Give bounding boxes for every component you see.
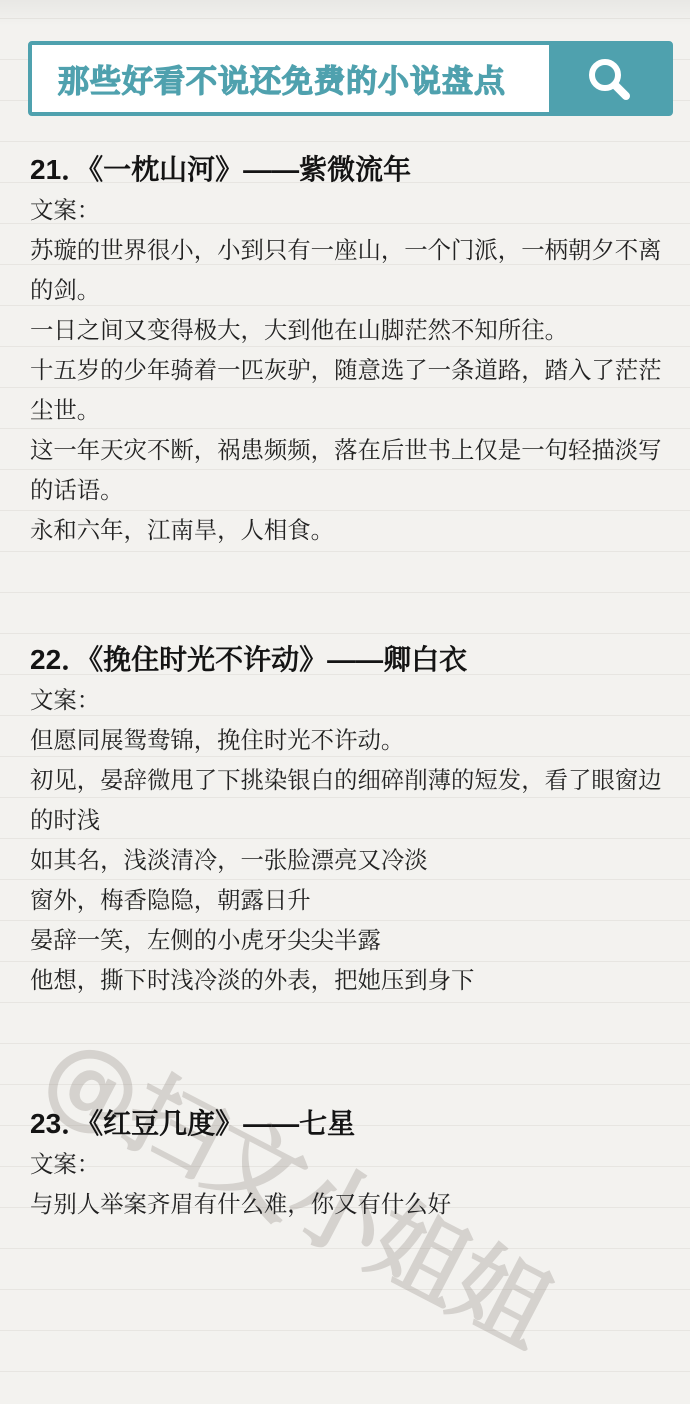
copy-label: 文案：: [30, 680, 666, 720]
book-entry: 23．《红豆几度》——七星 文案： 与别人举案齐眉有什么难，你又有什么好: [30, 1104, 666, 1224]
paragraph: 苏璇的世界很小，小到只有一座山，一个门派，一柄朝夕不离的剑。: [30, 230, 666, 310]
paragraph: 一日之间又变得极大，大到他在山脚茫然不知所往。: [30, 310, 666, 350]
paragraph: 窗外，梅香隐隐，朝露日升: [30, 880, 666, 920]
paragraph: 初见，晏辞微甩了下挑染银白的细碎削薄的短发，看了眼窗边的时浅: [30, 760, 666, 840]
book-entry: 21．《一枕山河》——紫微流年 文案： 苏璇的世界很小，小到只有一座山，一个门派…: [30, 150, 666, 550]
novel-list-page: 那些好看不说还免费的小说盘点 @扫文小姐姐 21．《一枕山河》——紫微流年 文案…: [0, 0, 690, 1404]
paragraph: 如其名，浅淡清冷，一张脸漂亮又冷淡: [30, 840, 666, 880]
section-title: 23．《红豆几度》——七星: [30, 1104, 666, 1144]
paragraph: 永和六年，江南旱，人相食。: [30, 510, 666, 550]
paragraph: 与别人举案齐眉有什么难，你又有什么好: [30, 1184, 666, 1224]
section-title: 21．《一枕山河》——紫微流年: [30, 150, 666, 190]
paragraph: 他想，撕下时浅冷淡的外表，把她压到身下: [30, 960, 666, 1000]
content: 21．《一枕山河》——紫微流年 文案： 苏璇的世界很小，小到只有一座山，一个门派…: [0, 0, 690, 1404]
paragraph: 这一年天灾不断，祸患频频，落在后世书上仅是一句轻描淡写的话语。: [30, 430, 666, 510]
section-title: 22．《挽住时光不许动》——卿白衣: [30, 640, 666, 680]
paragraph: 十五岁的少年骑着一匹灰驴，随意选了一条道路，踏入了茫茫尘世。: [30, 350, 666, 430]
copy-label: 文案：: [30, 190, 666, 230]
paragraph: 晏辞一笑，左侧的小虎牙尖尖半露: [30, 920, 666, 960]
copy-label: 文案：: [30, 1144, 666, 1184]
paragraph: 但愿同展鸳鸯锦，挽住时光不许动。: [30, 720, 666, 760]
book-entry: 22．《挽住时光不许动》——卿白衣 文案： 但愿同展鸳鸯锦，挽住时光不许动。初见…: [30, 640, 666, 1000]
